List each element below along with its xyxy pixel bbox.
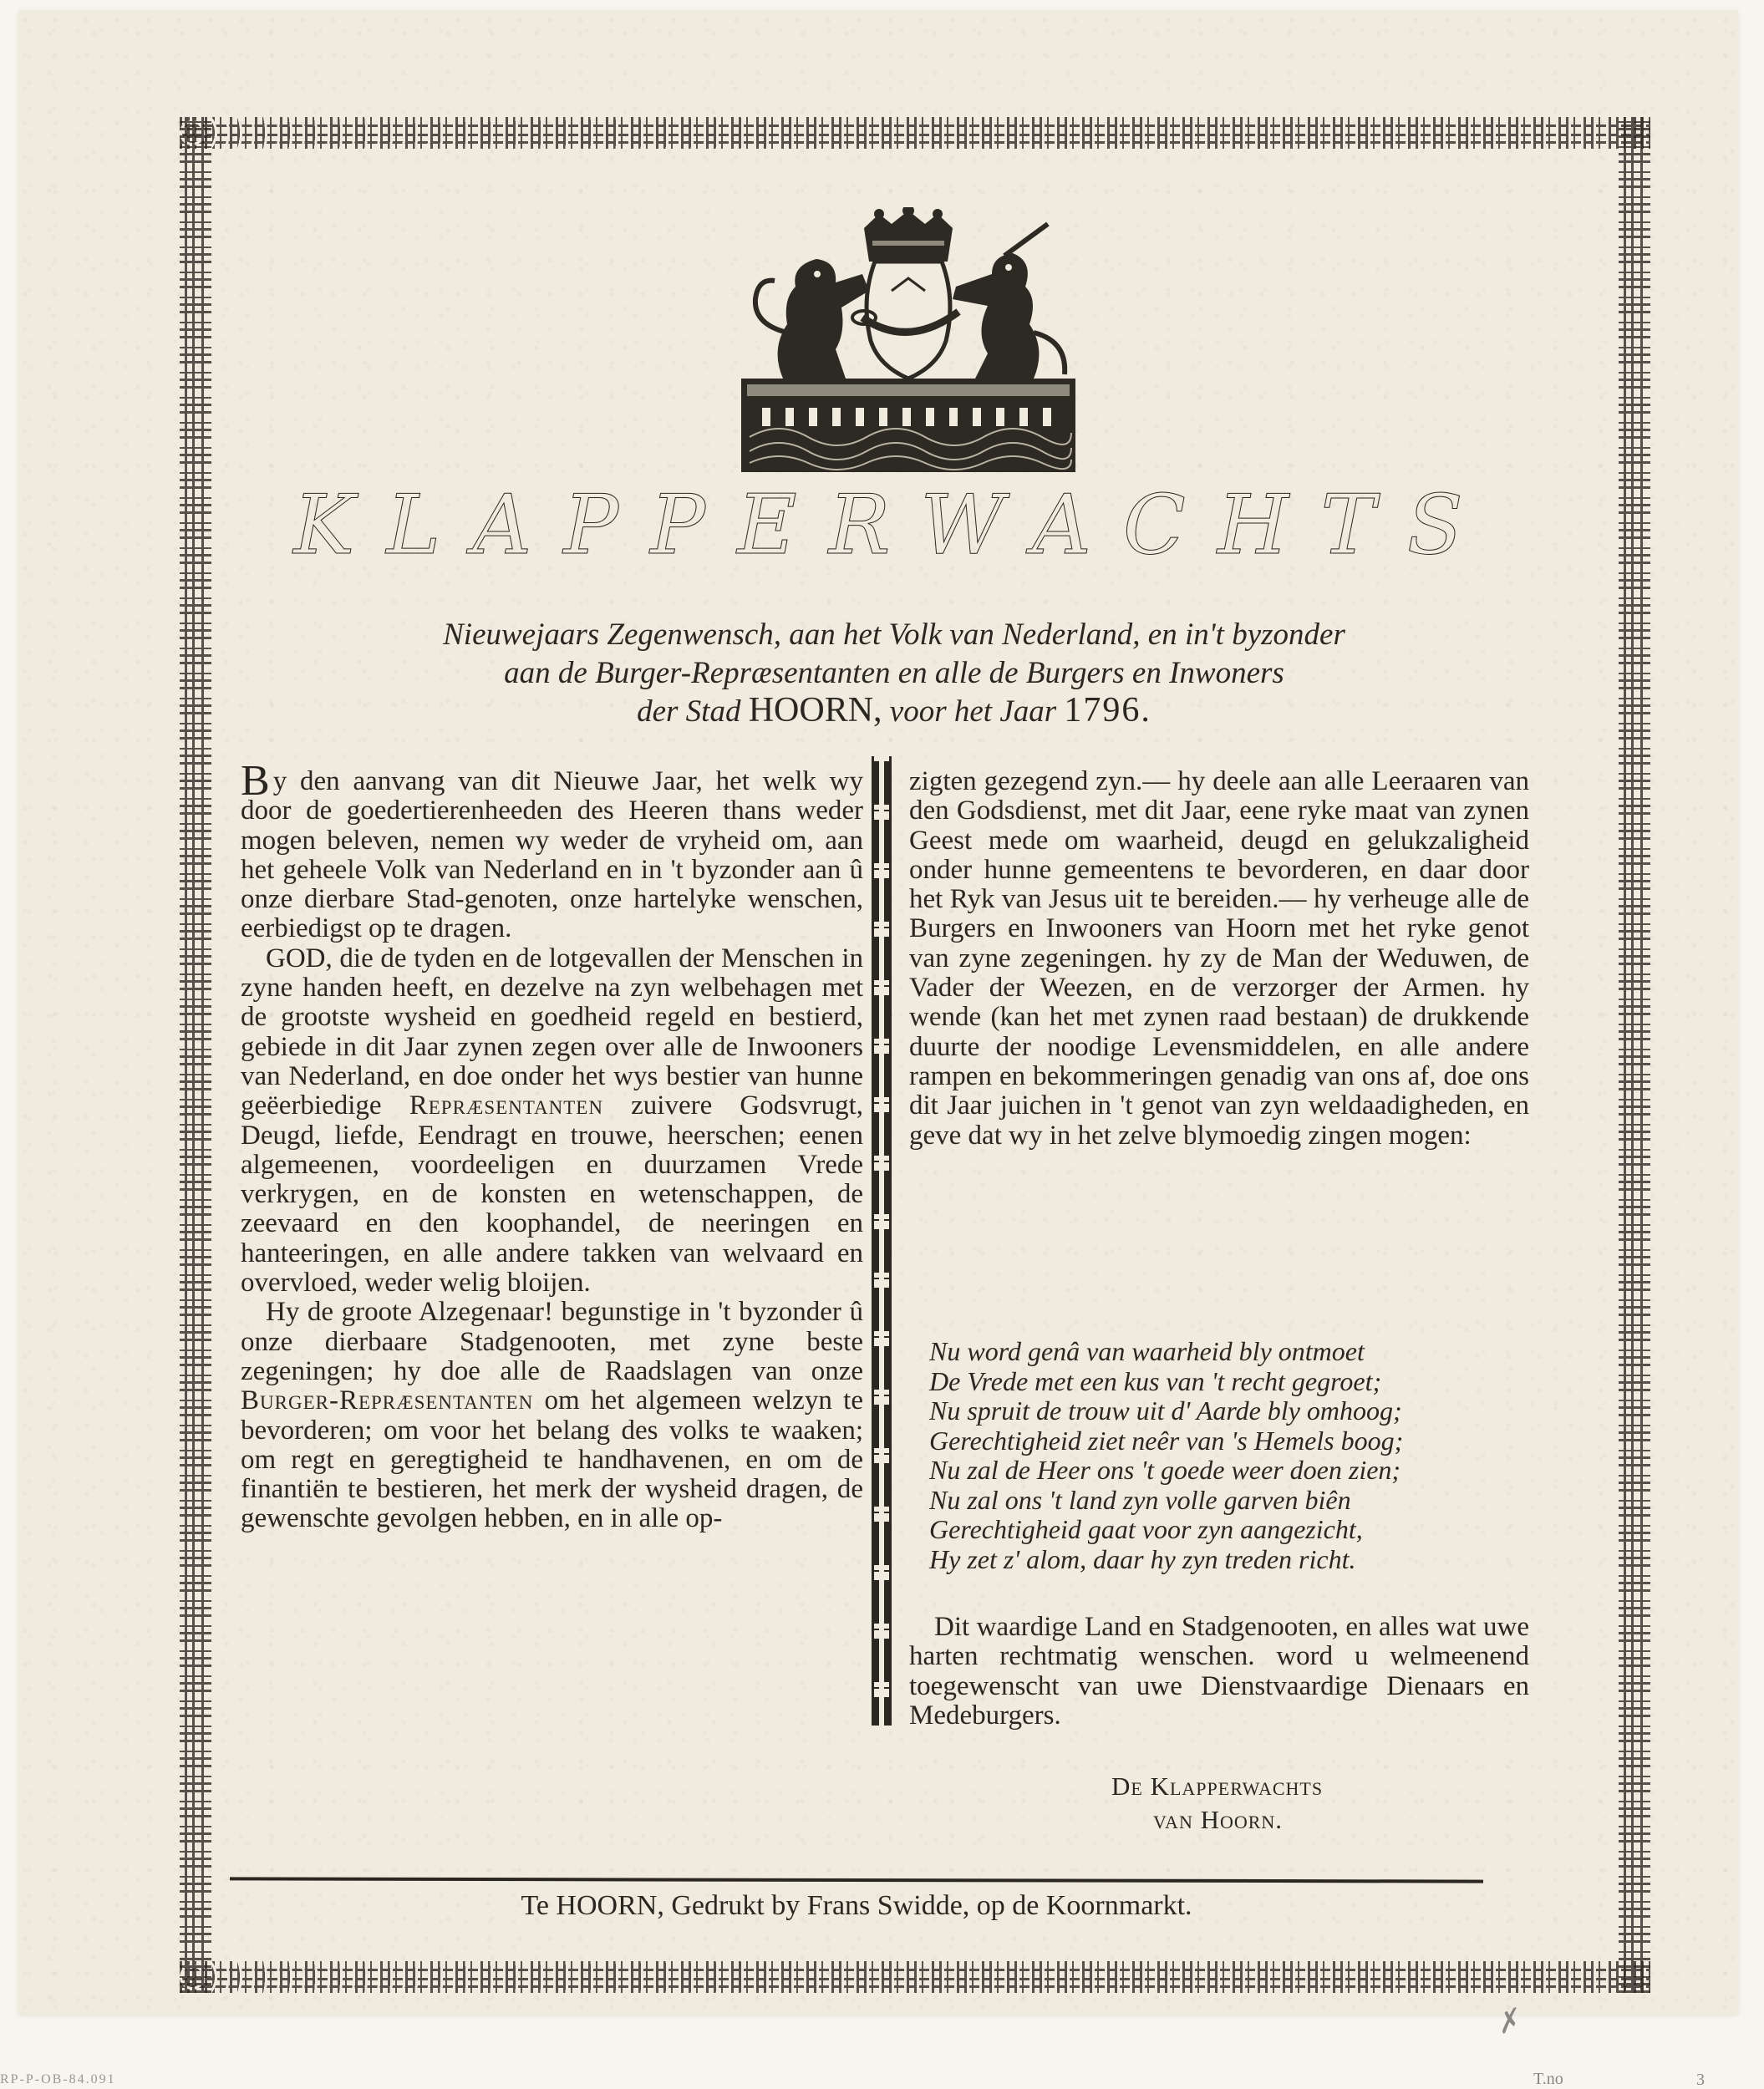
- subtitle-mid: voor het Jaar: [890, 694, 1056, 729]
- city-name: HOORN,: [749, 691, 882, 729]
- ornamental-border-left: [180, 117, 211, 1993]
- smallcaps-representanten: Repræsentanten: [409, 1090, 603, 1121]
- subtitle-prefix: der Stad: [637, 694, 740, 729]
- archive-reference: RP-P-OB-84.091: [0, 2072, 116, 2087]
- archive-label: T.no: [1533, 2070, 1563, 2089]
- signature-line-1: De Klapperwachts: [911, 1770, 1529, 1803]
- poem-line: Gerechtigheid gaat voor zyn aangezicht,: [929, 1515, 1548, 1545]
- column-divider-rule: [872, 756, 892, 1726]
- closing-paragraph: Dit waardige Land en Stadgenooten, en al…: [909, 1613, 1529, 1731]
- smallcaps-burger-representanten: Burger-Repræsentanten: [241, 1385, 533, 1416]
- poem-line: Nu zal ons 't land zyn volle garven biên: [929, 1486, 1548, 1516]
- ornamental-border-right: [1619, 117, 1650, 1993]
- signature-block: De Klapperwachts van Hoorn.: [911, 1770, 1529, 1837]
- paragraph-god: GOD, die de tyden en de lotgevallen der …: [241, 944, 863, 1299]
- ornamental-border-bottom: [180, 1961, 1650, 1993]
- page-title: KLAPPERWACHTS: [226, 478, 1563, 573]
- signature-line-2: van Hoorn.: [911, 1803, 1529, 1837]
- poem-line: Nu zal de Heer ons 't goede weer doen zi…: [929, 1456, 1548, 1486]
- paragraph-continuation: zigten gezegend zyn.— hy deele aan alle …: [909, 767, 1529, 1151]
- archive-number: 3: [1696, 2071, 1705, 2089]
- left-column-text: By den aanvang van dit Nieuwe Jaar, het …: [241, 767, 863, 1534]
- subtitle-line-2: aan de Burger-Repræsentanten en alle de …: [251, 655, 1538, 692]
- poem-line: De Vrede met een kus van 't recht gegroe…: [929, 1367, 1548, 1397]
- printer-imprint: Te HOORN, Gedrukt by Frans Swidde, op de…: [230, 1890, 1483, 1922]
- paragraph-alzegenaar: Hy de groote Alzegenaar! begunstige in '…: [241, 1298, 863, 1533]
- subtitle-line-1: Nieuwejaars Zegenwensch, aan het Volk va…: [251, 617, 1538, 653]
- subtitle-line-3: der Stad HOORN, voor het Jaar 1796.: [251, 692, 1538, 730]
- poem-line: Nu spruit de trouw uit d' Aarde bly omho…: [929, 1396, 1548, 1426]
- year: 1796.: [1064, 691, 1151, 729]
- hoorn-coat-of-arms-icon: [737, 207, 1080, 475]
- poem-verse: Nu word genâ van waarheid bly ontmoet De…: [929, 1337, 1548, 1574]
- poem-line: Hy zet z' alom, daar hy zyn treden richt…: [929, 1545, 1548, 1575]
- right-column-text: zigten gezegend zyn.— hy deele aan alle …: [909, 767, 1529, 1151]
- ornamental-border-top: [180, 117, 1650, 149]
- paragraph-opening: By den aanvang van dit Nieuwe Jaar, het …: [241, 767, 863, 944]
- poem-line: Gerechtigheid ziet neêr van 's Hemels bo…: [929, 1426, 1548, 1456]
- poem-line: Nu word genâ van waarheid bly ontmoet: [929, 1337, 1548, 1367]
- drop-cap: B: [241, 769, 270, 794]
